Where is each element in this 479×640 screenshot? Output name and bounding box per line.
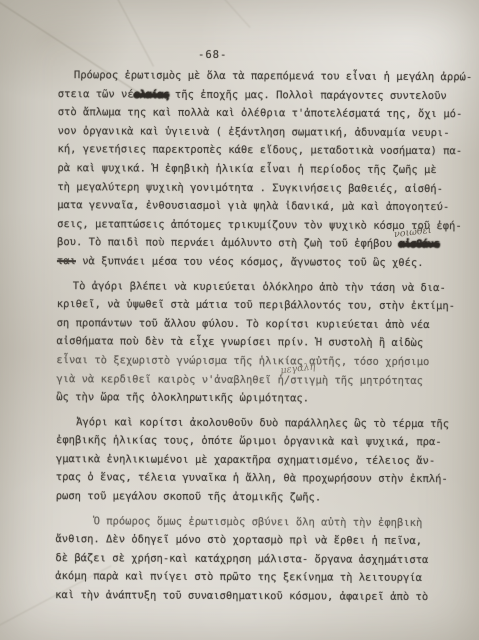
struck-out-text: ολαίας: [134, 88, 169, 100]
paper-crease: [92, 0, 155, 67]
text-line: στὸ ἄπλωμα της καὶ πολλὰ καὶ ὀλέθρια τ'ἀ…: [58, 103, 458, 124]
insertion: μεγάλη/: [284, 371, 290, 390]
text-segment: γιὰ νὰ κερδιθεῖ καιρὸς ν'ἀναβληθεῖ ἡ: [56, 373, 284, 386]
struck-out-text: ται: [57, 255, 76, 267]
text-line: Ἀγόρι καὶ κορίτσι ἀκολουθοῦν δυὸ παράλλη…: [56, 413, 456, 434]
text-line: Τὸ ἀγόρι βλέπει νὰ κυριεύεται ὁλόκληρο ἀ…: [57, 277, 457, 298]
text-line: ρωση τοῦ μεγάλου σκοποῦ τῆς ἀτομικῆς ζωῆ…: [56, 487, 456, 508]
text-line: ματα γενναῖα, ἐνθουσιασμοὶ γιὰ ψηλὰ ἰδαν…: [57, 196, 457, 217]
paragraph: Πρόωρος ἐρωτισμὸς μὲ ὅλα τὰ παρεπόμενά τ…: [57, 66, 458, 273]
text-line: ρὰ καὶ ψυχικά. Ἡ ἐφηβικὴ ἡλικία εἶναι ἡ …: [57, 159, 457, 180]
text-line: καὶ τὴν ἀνάπτυξη τοῦ συναισθηματικοῦ κόσ…: [55, 586, 455, 607]
text-line: εἶναι τὸ ξεχωριστὸ γνώρισμα τῆς ἡλικίας …: [56, 351, 456, 372]
text-line: ὣς τὴν ὥρα τῆς ὁλοκληρωτικῆς ὡριμότητας.: [56, 388, 456, 409]
text-line: ἐφηβικῆς ἡλικίας τους, ὁπότε ὥριμοι ὀργα…: [56, 431, 456, 452]
text-line: βου. Τὸ παιδὶ ποὺ περνάει ἀμόλυντο στὴ ζ…: [57, 233, 457, 254]
text-line: αἰσθήματα ποὺ δὲν τὰ εἶχε γνωρίσει πρίν.…: [56, 332, 456, 353]
page-number: -68-: [198, 49, 227, 61]
text-line: ση προπάντων τοῦ ἄλλου φύλου. Τὸ κορίτσι…: [57, 314, 457, 335]
text-segment: νὰ ξυπνάει μέσα του νέος κόσμος, ἄγνωστο…: [76, 255, 424, 269]
text-line: τὴ μεγαλύτερη ψυχικὴ γονιμότητα . Συγκιν…: [57, 178, 457, 199]
text-line: Πρόωρος ἐρωτισμὸς μὲ ὅλα τὰ παρεπόμενά τ…: [58, 66, 458, 87]
text-line: νον ὀργανικὰ καὶ ὑγιεινὰ ( ἐξάντληση σωμ…: [58, 122, 458, 143]
text-line: ἄνθιση. Δὲν ὁδηγεῖ μόνο στὸ χορτασμὸ πρὶ…: [55, 530, 455, 551]
text-line: στεια τῶν νέολαίας τῆς ἐποχῆς μας. Πολλο…: [58, 85, 458, 106]
paragraph: Ἀγόρι καὶ κορίτσι ἀκολουθοῦν δυὸ παράλλη…: [56, 413, 456, 508]
text-line: Ὁ πρόωρος ὅμως ἐρωτισμὸς σβύνει ὅλη αὐτὴ…: [56, 512, 456, 533]
text-line: δὲ βάζει σὲ χρήση-καὶ κατάχρηση μάλιστα-…: [55, 549, 455, 570]
paragraph: Ὁ πρόωρος ὅμως ἐρωτισμὸς σβύνει ὅλη αὐτὴ…: [55, 512, 455, 607]
paper-crease: [169, 0, 251, 28]
text-line: ται νὰ ξυπνάει μέσα του νέος κόσμος, ἄγν…: [57, 252, 457, 273]
text-segment: στεια τῶν νέ: [58, 88, 134, 100]
text-segment: βου. Τὸ παιδὶ ποὺ περνάει ἀμόλυντο στὴ ζ…: [57, 236, 398, 250]
text-line: γιὰ νὰ κερδιθεῖ καιρὸς ν'ἀναβληθεῖ ἡμεγά…: [56, 370, 456, 391]
handwritten-insertion: μεγάλη: [279, 358, 316, 381]
text-line: γματικὰ ἐνηλικιωμένοι μὲ χαρακτῆρα σχημα…: [56, 450, 456, 471]
page-content: -68- Πρόωρος ἐρωτισμὸς μὲ ὅλα τὰ παρεπόμ…: [0, 0, 479, 2]
text-line: κριθεῖ, νὰ ὑψωθεῖ στὰ μάτια τοῦ περιβάλλ…: [57, 295, 457, 316]
text-line: τρας ὁ ἕνας, τέλεια γυναῖκα ἡ ἄλλη, θὰ π…: [56, 469, 456, 490]
scanned-typewritten-page: -68- Πρόωρος ἐρωτισμὸς μὲ ὅλα τὰ παρεπόμ…: [0, 0, 479, 640]
text-block: Πρόωρος ἐρωτισμὸς μὲ ὅλα τὰ παρεπόμενά τ…: [55, 66, 458, 613]
paragraph: Τὸ ἀγόρι βλέπει νὰ κυριεύεται ὁλόκληρο ἀ…: [56, 277, 457, 409]
text-segment: τῆς ἐποχῆς μας. Πολλοὶ παράγοντες συντελ…: [169, 88, 447, 101]
correction: νοιώθειαἰσθάνε: [398, 235, 439, 254]
text-line: κή, γενετήσιες παρεκτροπὲς κάθε εἴδους, …: [57, 140, 457, 161]
text-line: ἀκόμη παρὰ καὶ πνίγει στὸ πρῶτο της ξεκί…: [55, 568, 455, 589]
